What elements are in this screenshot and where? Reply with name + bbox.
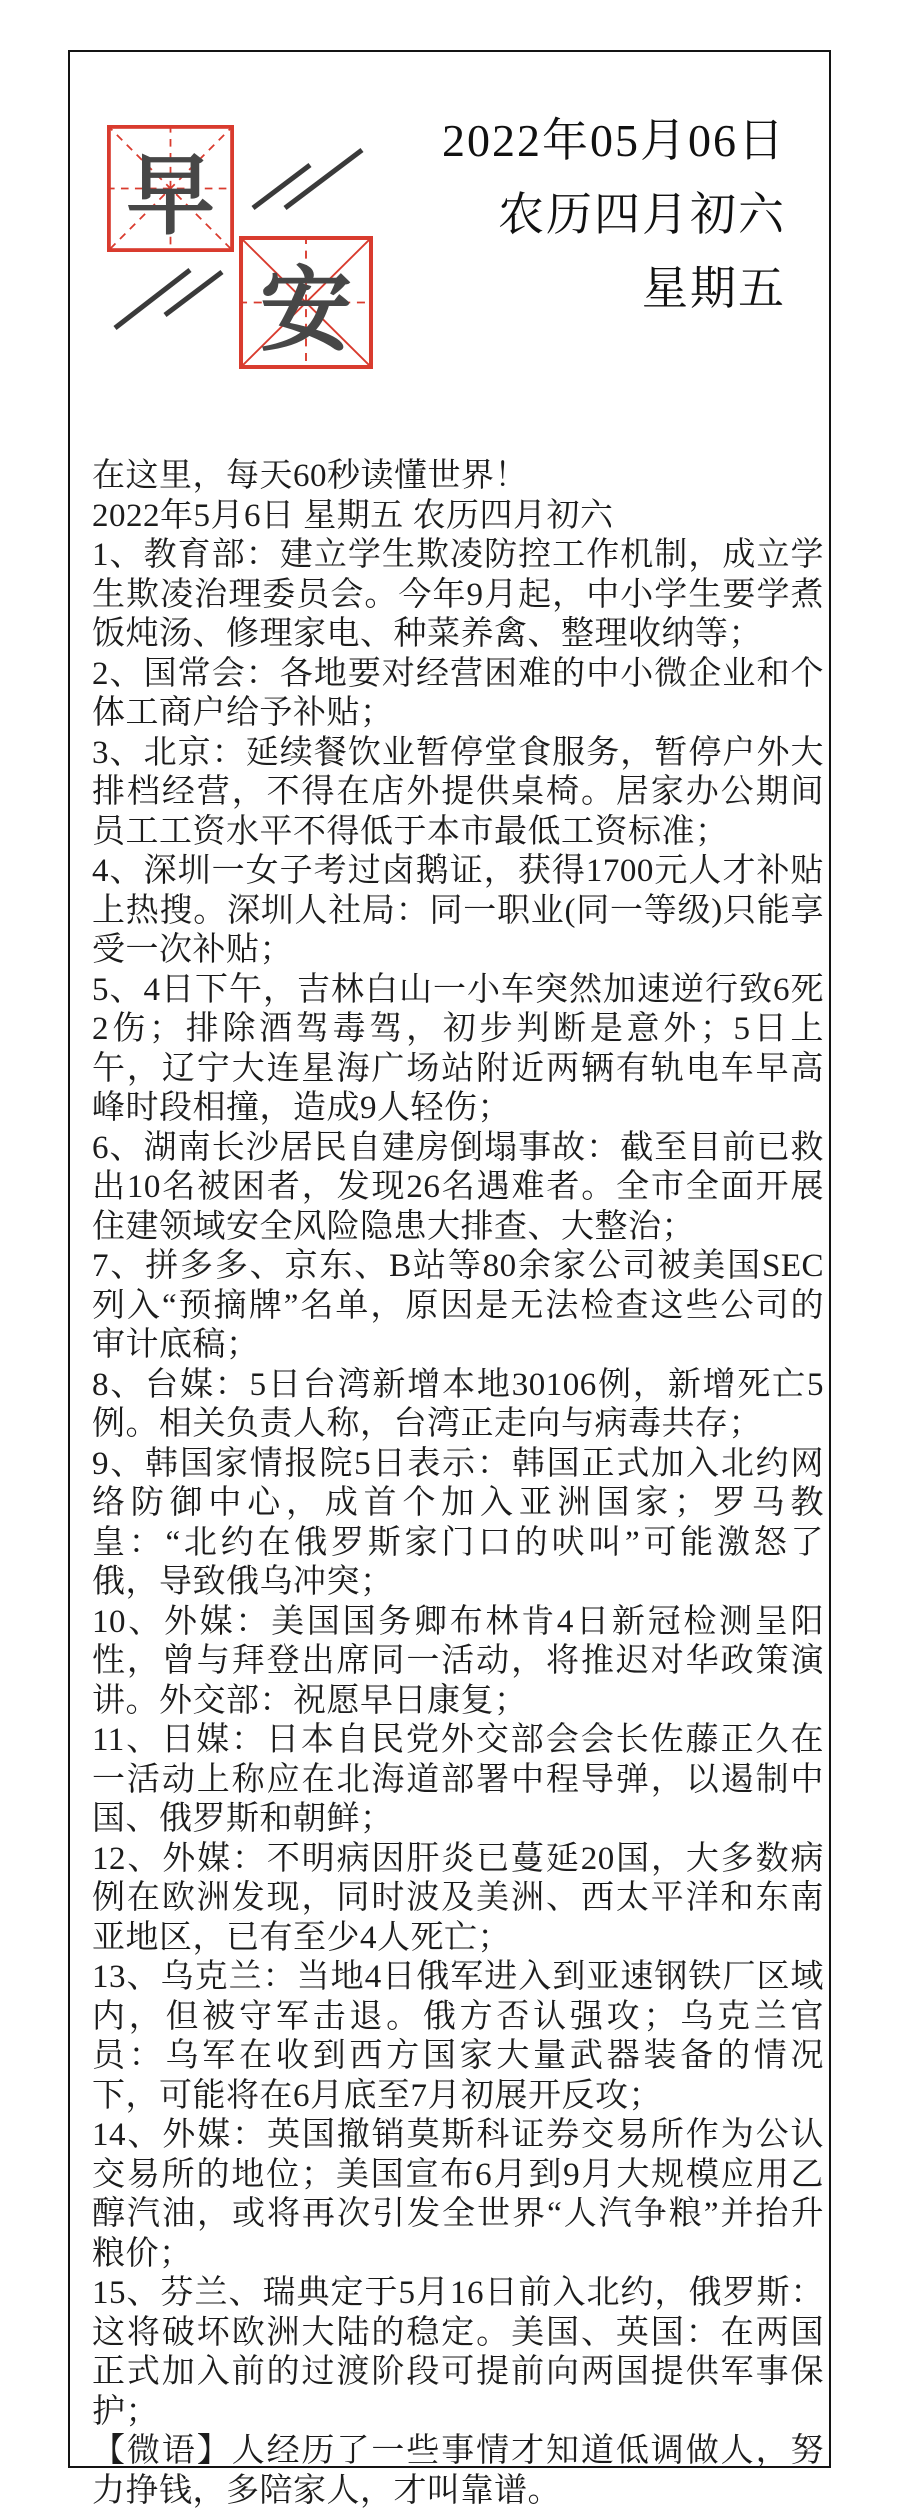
news-item: 14、外媒：英国撤销莫斯科证券交易所作为公认交易所的地位；美国宣布6月到9月大规… [92,2116,824,2274]
date-lunar: 农历四月初六 [442,178,786,252]
zao-character-grid-box: 早 [107,125,234,252]
news-item: 15、芬兰、瑞典定于5月16日前入北约，俄罗斯：这将破坏欧洲大陆的稳定。美国、英… [92,2274,824,2432]
news-item: 2、国常会：各地要对经营困难的中小微企业和个体工商户给予补贴； [92,655,824,734]
date-block: 2022年05月06日 农历四月初六 星期五 [442,104,786,326]
date-weekday: 星期五 [442,252,786,326]
news-body: 在这里，每天60秒读懂世界！ 2022年5月6日 星期五 农历四月初六 1、教育… [92,457,824,2511]
news-item: 7、拼多多、京东、B站等80余家公司被美国SEC列入“预摘牌”名单，原因是无法检… [92,1247,824,1366]
news-item: 13、乌克兰：当地4日俄军进入到亚速钢铁厂区域内，但被守军击退。俄方否认强攻；乌… [92,1958,824,2116]
an-character-grid-box: 安 [239,236,373,369]
news-item: 1、教育部：建立学生欺凌防控工作机制，成立学生欺凌治理委员会。今年9月起，中小学… [92,536,824,655]
news-item: 4、深圳一女子考过卤鹅证，获得1700元人才补贴上热搜。深圳人社局：同一职业(同… [92,852,824,971]
news-item: 11、日媒：日本自民党外交部会会长佐藤正久在一活动上称应在北海道部署中程导弹，以… [92,1721,824,1840]
intro-line: 在这里，每天60秒读懂世界！ [92,457,824,497]
morning-news-card: 早 安 2022年05月06日 农历四月初六 星期五 在这里，每天60秒读懂世界… [68,50,831,2468]
news-item: 8、台媒：5日台湾新增本地30106例，新增死亡5例。相关负责人称，台湾正走向与… [92,1366,824,1445]
date-gregorian: 2022年05月06日 [442,104,786,178]
date-heading-line: 2022年5月6日 星期五 农历四月初六 [92,497,824,537]
news-item: 3、北京：延续餐饮业暂停堂食服务，暂停户外大排档经营，不得在店外提供桌椅。居家办… [92,734,824,853]
weiyu-line: 【微语】人经历了一些事情才知道低调做人，努力挣钱，多陪家人，才叫靠谱。 [92,2432,824,2511]
news-item: 5、4日下午，吉林白山一小车突然加速逆行致6死2伤；排除酒驾毒驾，初步判断是意外… [92,971,824,1129]
news-item: 6、湖南长沙居民自建房倒塌事故：截至目前已救出10名被困者，发现26名遇难者。全… [92,1129,824,1248]
an-character: 安 [239,236,373,369]
news-item: 10、外媒：美国国务卿布林肯4日新冠检测呈阳性，曾与拜登出席同一活动，将推迟对华… [92,1603,824,1722]
news-item: 9、韩国家情报院5日表示：韩国正式加入北约网络防御中心，成首个加入亚洲国家；罗马… [92,1445,824,1603]
news-item: 12、外媒：不明病因肝炎已蔓延20国，大多数病例在欧洲发现，同时波及美洲、西太平… [92,1840,824,1959]
zao-character: 早 [107,125,234,252]
good-morning-logo: 早 安 [70,52,430,392]
